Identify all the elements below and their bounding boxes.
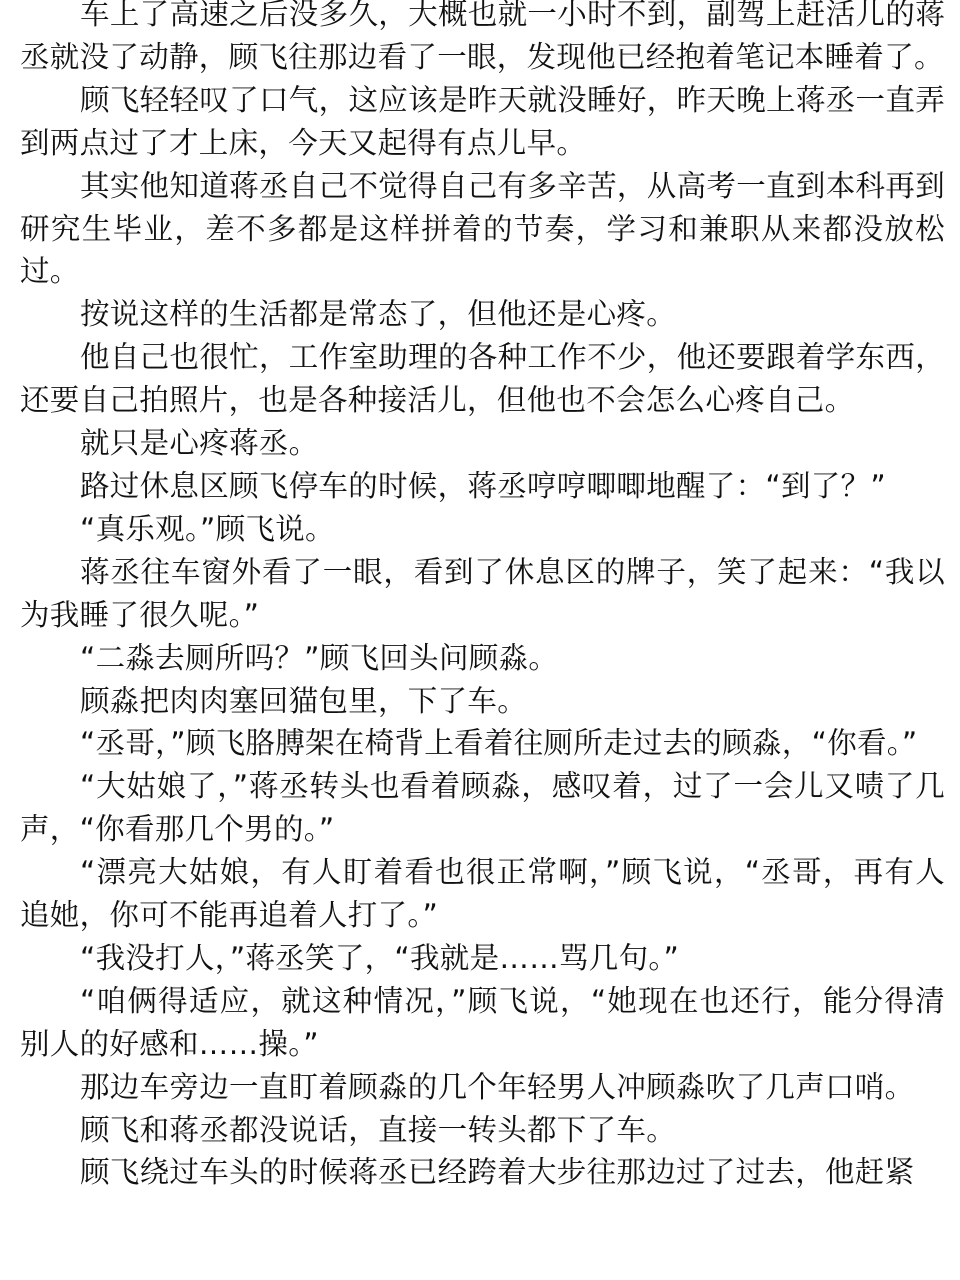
paragraph: 顾飞轻轻叹了口气，这应该是昨天就没睡好，昨天晚上蒋丞一直弄到两点过了才上床，今天… <box>20 79 945 165</box>
paragraph: 那边车旁边一直盯着顾淼的几个年轻男人冲顾淼吹了几声口哨。 <box>20 1066 945 1109</box>
paragraph: 车上了高速之后没多久，大概也就一小时不到，副驾上赶活儿的蒋丞就没了动静，顾飞往那… <box>20 0 945 79</box>
paragraph: 顾飞绕过车头的时候蒋丞已经跨着大步往那边过了过去，他赶紧 <box>20 1151 945 1194</box>
paragraph: “我没打人，”蒋丞笑了，“我就是……骂几句。” <box>20 937 945 980</box>
paragraph: 他自己也很忙，工作室助理的各种工作不少，他还要跟着学东西，还要自己拍照片，也是各… <box>20 336 945 422</box>
paragraph: 路过休息区顾飞停车的时候，蒋丞哼哼唧唧地醒了：“到了？” <box>20 465 945 508</box>
paragraph: 顾飞和蒋丞都没说话，直接一转头都下了车。 <box>20 1109 945 1152</box>
paragraph: 蒋丞往车窗外看了一眼，看到了休息区的牌子，笑了起来：“我以为我睡了很久呢。” <box>20 551 945 637</box>
document-page: 车上了高速之后没多久，大概也就一小时不到，副驾上赶活儿的蒋丞就没了动静，顾飞往那… <box>20 0 945 1194</box>
paragraph: 就只是心疼蒋丞。 <box>20 422 945 465</box>
paragraph: “二淼去厕所吗？”顾飞回头问顾淼。 <box>20 637 945 680</box>
paragraph: “漂亮大姑娘，有人盯着看也很正常啊，”顾飞说，“丞哥，再有人追她，你可不能再追着… <box>20 851 945 937</box>
paragraph: 按说这样的生活都是常态了，但他还是心疼。 <box>20 293 945 336</box>
paragraph: “丞哥，”顾飞胳膊架在椅背上看着往厕所走过去的顾淼，“你看。” <box>20 722 945 765</box>
paragraph: “大姑娘了，”蒋丞转头也看着顾淼，感叹着，过了一会儿又啧了几声，“你看那几个男的… <box>20 765 945 851</box>
paragraph: 其实他知道蒋丞自己不觉得自己有多辛苦，从高考一直到本科再到研究生毕业，差不多都是… <box>20 165 945 294</box>
paragraph: 顾淼把肉肉塞回猫包里，下了车。 <box>20 680 945 723</box>
paragraph: “真乐观。”顾飞说。 <box>20 508 945 551</box>
paragraph: “咱俩得适应，就这种情况，”顾飞说，“她现在也还行，能分得清别人的好感和……操。… <box>20 980 945 1066</box>
